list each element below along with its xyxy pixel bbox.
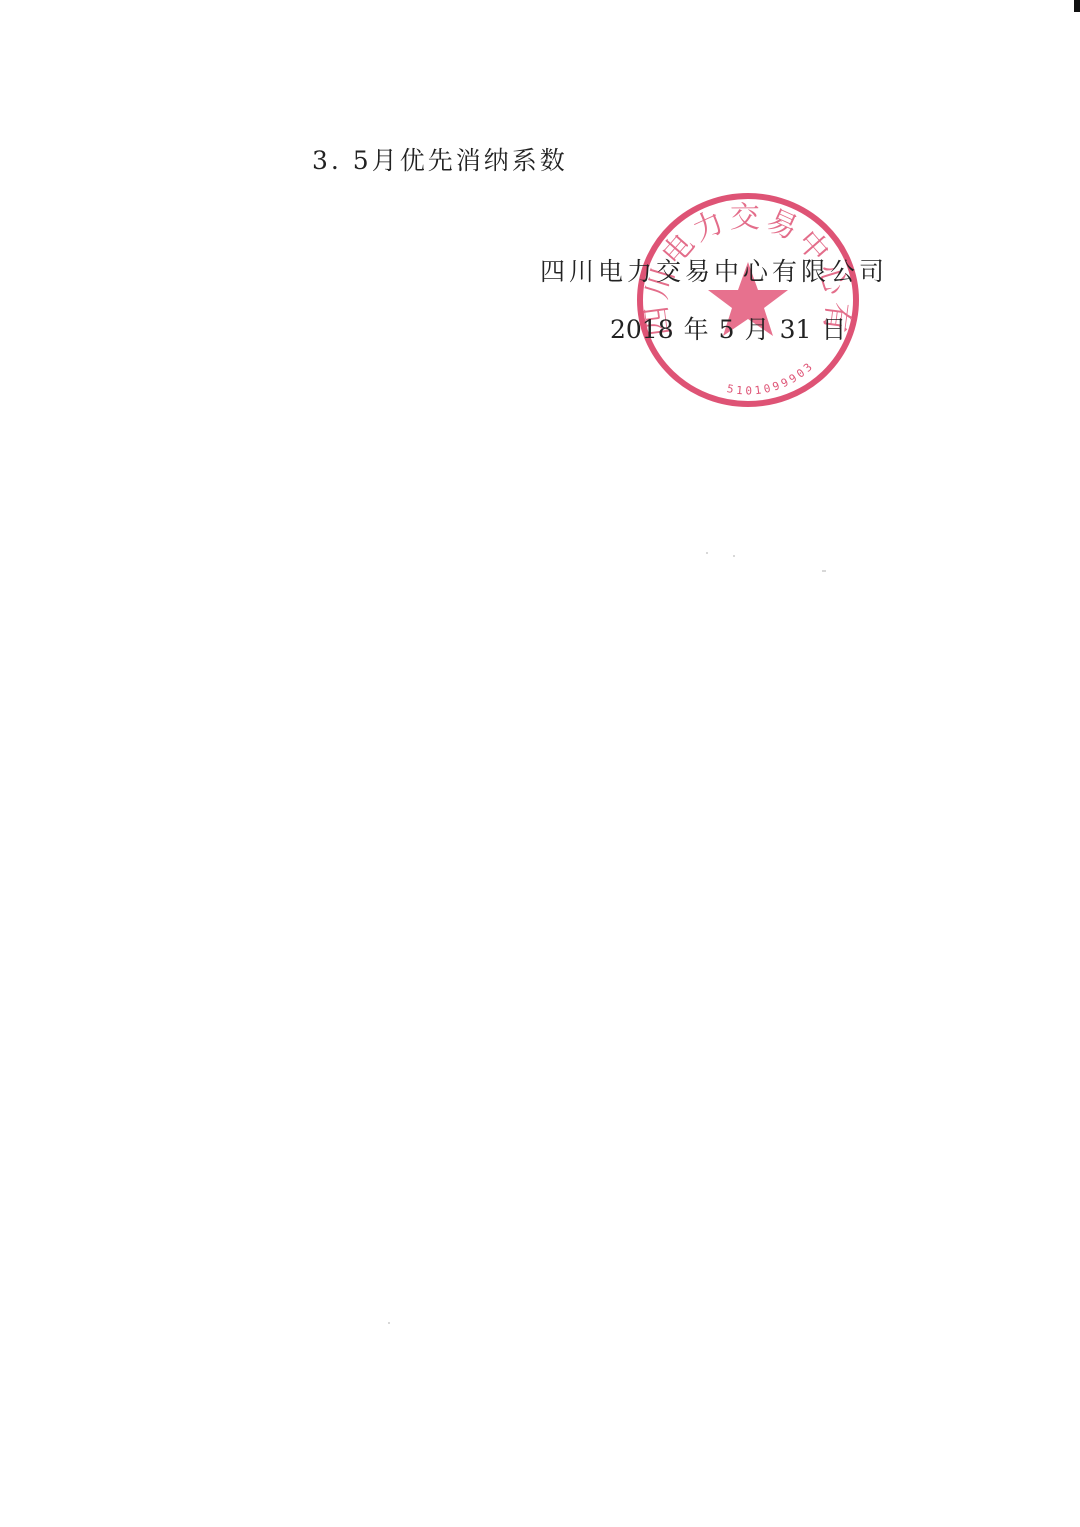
scan-speck	[388, 1322, 390, 1324]
scan-corner-mark	[1074, 0, 1080, 12]
issue-date: 2018年5月31日	[610, 310, 856, 346]
date-month-unit: 月	[745, 315, 770, 344]
official-seal: 四川电力交易中心有限公司 5101099903	[632, 190, 862, 410]
date-day-unit: 日	[821, 315, 846, 344]
scan-speck	[733, 555, 735, 557]
document-page: 3. 5月优先消纳系数 四川电力交易中心有限公司 5101099903 四川电力…	[0, 0, 1080, 1527]
scan-speck	[706, 552, 708, 554]
item-heading: 3. 5月优先消纳系数	[312, 141, 568, 177]
scan-speck	[822, 570, 826, 572]
date-month: 5	[719, 315, 735, 344]
date-year: 2018	[610, 315, 674, 344]
date-year-unit: 年	[684, 315, 709, 344]
issuer-name: 四川电力交易中心有限公司	[540, 252, 888, 288]
date-day: 31	[780, 315, 812, 344]
